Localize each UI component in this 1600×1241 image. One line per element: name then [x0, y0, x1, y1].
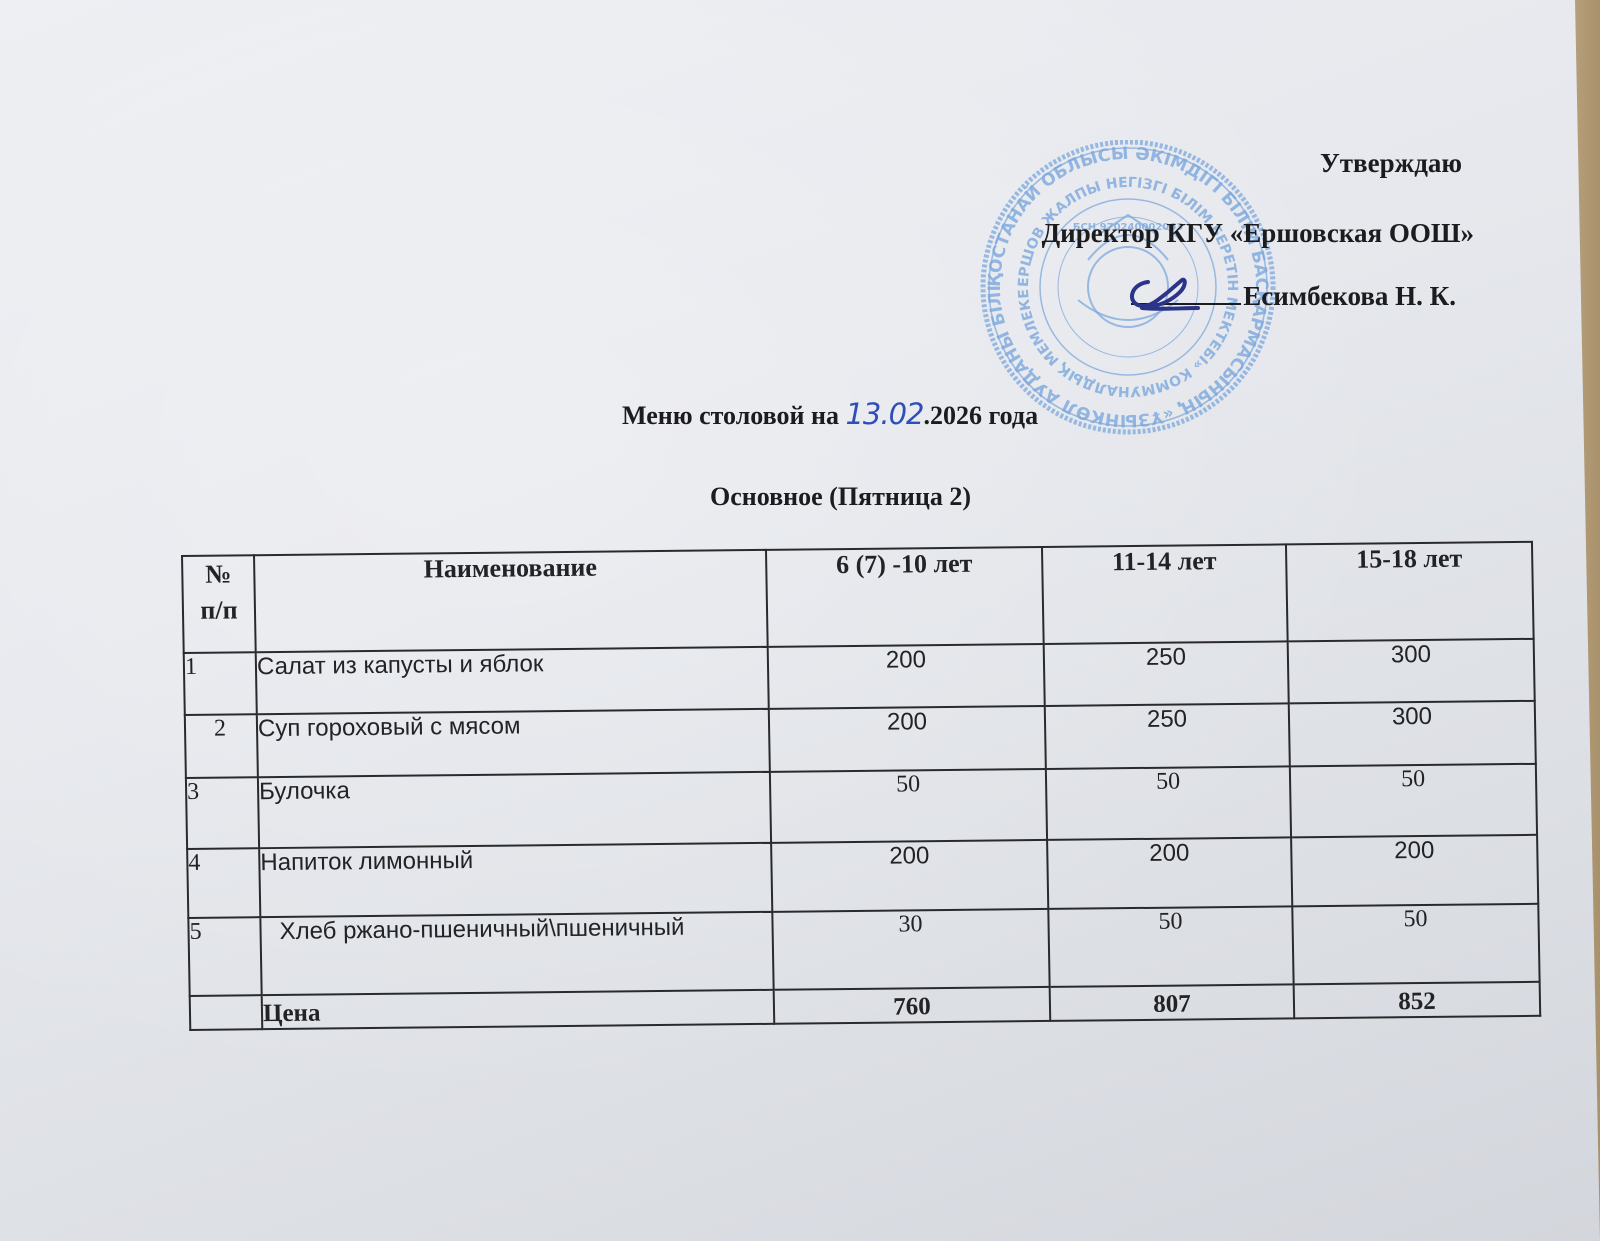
- portion-6-10: 200: [769, 706, 1046, 772]
- menu-title-prefix: Меню столовой на: [622, 401, 845, 430]
- portion-11-14: 50: [1048, 906, 1293, 987]
- dish-name: Салат из капусты и яблок: [256, 647, 769, 714]
- column-header-number: №п/п: [182, 555, 256, 653]
- portion-15-18: 50: [1292, 904, 1539, 985]
- portion-11-14: 50: [1046, 766, 1291, 840]
- menu-table-container: №п/п Наименование 6 (7) -10 лет 11-14 ле…: [181, 541, 1541, 1031]
- row-number: 1: [184, 652, 257, 715]
- portion-15-18: 300: [1289, 701, 1536, 767]
- approval-signature-line: Есимбекова Н. К.: [1131, 281, 1456, 312]
- dish-name: Суп гороховый с мясом: [257, 709, 770, 777]
- portion-15-18: 200: [1291, 835, 1538, 907]
- total-number-empty: [190, 995, 263, 1030]
- table-header-row: №п/п Наименование 6 (7) -10 лет 11-14 ле…: [182, 542, 1534, 653]
- column-header-age-15-18: 15-18 лет: [1286, 542, 1534, 642]
- portion-6-10: 30: [772, 909, 1049, 990]
- portion-11-14: 250: [1045, 703, 1290, 769]
- row-number: 5: [188, 917, 261, 996]
- total-label: Цена: [262, 990, 775, 1029]
- portion-11-14: 250: [1044, 641, 1289, 706]
- portion-6-10: 200: [771, 840, 1048, 912]
- dish-name: Булочка: [258, 772, 771, 848]
- column-header-name: Наименование: [254, 550, 768, 652]
- menu-table: №п/п Наименование 6 (7) -10 лет 11-14 ле…: [181, 541, 1541, 1031]
- signatory-name: Есимбекова Н. К.: [1243, 281, 1456, 311]
- portion-15-18: 300: [1288, 639, 1535, 704]
- row-number: 3: [186, 777, 259, 849]
- table-row: 5 Хлеб ржано-пшеничный\пшеничный 30 50 5…: [188, 904, 1539, 996]
- dish-name: Хлеб ржано-пшеничный\пшеничный: [260, 912, 773, 995]
- handwritten-date: 13.02: [845, 397, 923, 431]
- portion-11-14: 200: [1047, 837, 1292, 909]
- column-header-age-11-14: 11-14 лет: [1042, 544, 1288, 644]
- signature-underline: [1131, 281, 1241, 305]
- price-6-10: 760: [774, 987, 1051, 1024]
- portion-6-10: 50: [770, 769, 1047, 843]
- column-header-age-6-10: 6 (7) -10 лет: [766, 547, 1044, 647]
- row-number: 2: [185, 714, 258, 778]
- row-number: 4: [187, 848, 260, 918]
- price-15-18: 852: [1294, 982, 1541, 1019]
- portion-6-10: 200: [768, 644, 1045, 709]
- menu-subtitle: Основное (Пятница 2): [710, 482, 971, 512]
- menu-title: Меню столовой на 13.02.2026 года: [622, 397, 1038, 431]
- dish-name: Напиток лимонный: [259, 843, 772, 917]
- approval-director: Директор КГУ «Ершовская ООШ»: [1042, 218, 1474, 249]
- menu-title-suffix: .2026 года: [924, 401, 1039, 430]
- portion-15-18: 50: [1290, 764, 1537, 838]
- approval-title: Утверждаю: [1320, 148, 1462, 179]
- price-11-14: 807: [1050, 984, 1295, 1021]
